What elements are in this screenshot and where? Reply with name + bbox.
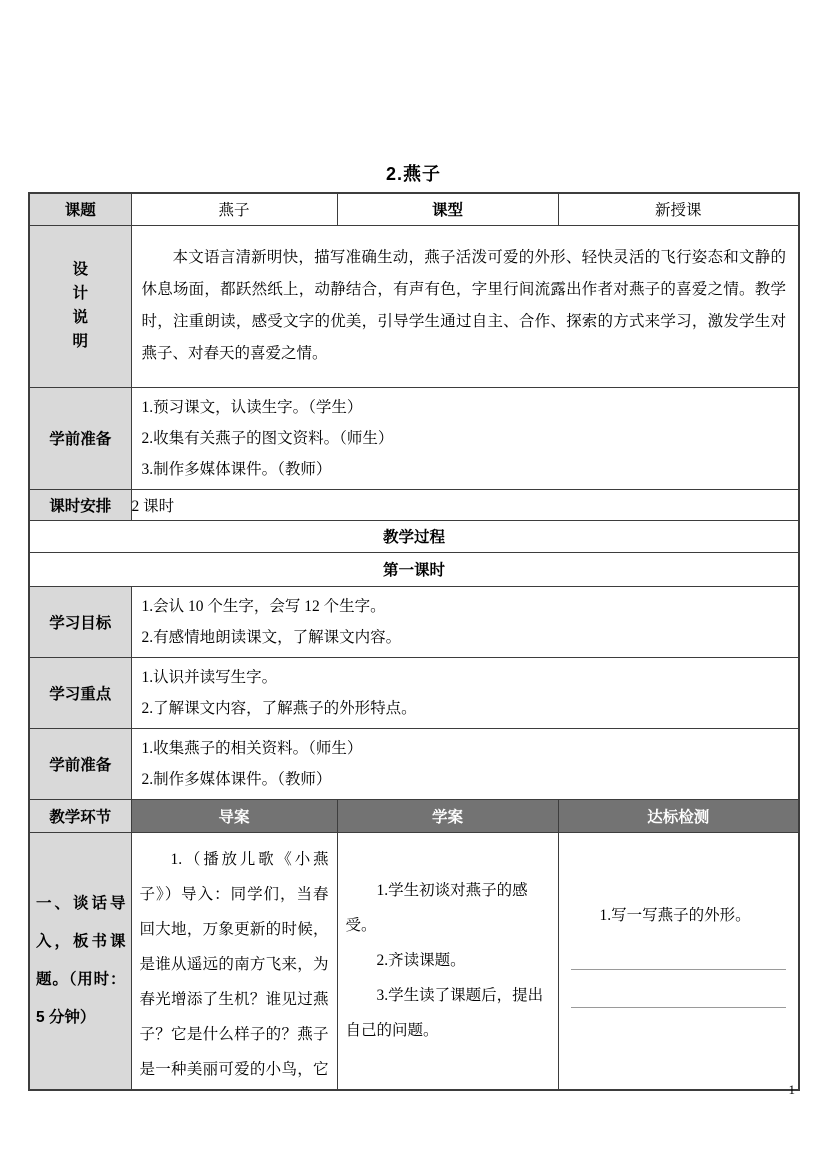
section-lesson: 第一课时 [29, 552, 799, 586]
prep2-label: 学前准备 [29, 728, 131, 799]
answer-blank-line [571, 983, 787, 1008]
list-item: 2.齐读课题。 [346, 943, 550, 978]
schedule-label: 课时安排 [29, 489, 131, 520]
table-row-prep2: 学前准备 1.收集燕子的相关资料。（师生） 2.制作多媒体课件。（教师） [29, 728, 799, 799]
table-row-goals: 学习目标 1.会认 10 个生字，会写 12 个生字。 2.有感情地朗读课文，了… [29, 586, 799, 657]
design-text-cell: 本文语言清新明快，描写准确生动，燕子活泼可爱的外形、轻快灵活的飞行姿态和文静的休… [131, 225, 799, 387]
stage1-name-cell: 一、谈话导入，板书课题。（用时：5 分钟） [29, 832, 131, 1090]
list-item: 1.会认 10 个生字，会写 12 个生字。 [142, 591, 789, 622]
lesson-plan-table: 课题 燕子 课型 新授课 设计说明 本文语言清新明快，描写准确生动，燕子活泼可爱… [28, 192, 800, 1091]
column-header-daoan: 导案 [131, 799, 337, 832]
answer-blank-line [571, 945, 787, 970]
table-row-prep1: 学前准备 1.预习课文，认读生字。（学生） 2.收集有关燕子的图文资料。（师生）… [29, 387, 799, 489]
column-header-xuean: 学案 [337, 799, 558, 832]
stage1-dabiao-text: 1.写一写燕子的外形。 [569, 901, 789, 931]
topic-label: 课题 [29, 193, 131, 225]
design-text: 本文语言清新明快，描写准确生动，燕子活泼可爱的外形、轻快灵活的飞行姿态和文静的休… [132, 232, 799, 380]
focus-label: 学习重点 [29, 657, 131, 728]
design-label: 设计说明 [29, 225, 131, 387]
stage-header-label: 教学环节 [29, 799, 131, 832]
table-row-topic: 课题 燕子 课型 新授课 [29, 193, 799, 225]
prep1-items-cell: 1.预习课文，认读生字。（学生） 2.收集有关燕子的图文资料。（师生） 3.制作… [131, 387, 799, 489]
type-value: 新授课 [558, 193, 799, 225]
page-number: 1 [789, 1082, 796, 1098]
table-row-lesson1: 第一课时 [29, 552, 799, 586]
stage1-dabiao-cell: 1.写一写燕子的外形。 [558, 832, 799, 1090]
schedule-value: 2 课时 [131, 489, 799, 520]
list-item: 3.制作多媒体课件。（教师） [142, 454, 789, 485]
list-item: 3.学生读了课题后，提出自己的问题。 [346, 978, 550, 1048]
prep1-label: 学前准备 [29, 387, 131, 489]
table-row-schedule: 课时安排 2 课时 [29, 489, 799, 520]
goals-items-cell: 1.会认 10 个生字，会写 12 个生字。 2.有感情地朗读课文，了解课文内容… [131, 586, 799, 657]
goals-label: 学习目标 [29, 586, 131, 657]
page-title: 2.燕子 [0, 0, 827, 186]
stage1-daoan-text: 1.（播放儿歌《小燕子》）导入：同学们，当春回大地，万象更新的时候，是谁从遥远的… [132, 835, 337, 1087]
list-item: 1.预习课文，认读生字。（学生） [142, 392, 789, 423]
table-row-stage-header: 教学环节 导案 学案 达标检测 [29, 799, 799, 832]
stage1-name: 一、谈话导入，板书课题。（用时：5 分钟） [30, 885, 131, 1037]
list-item: 1.认识并读写生字。 [142, 662, 789, 693]
section-process: 教学过程 [29, 520, 799, 552]
prep2-items-cell: 1.收集燕子的相关资料。（师生） 2.制作多媒体课件。（教师） [131, 728, 799, 799]
list-item: 2.了解课文内容，了解燕子的外形特点。 [142, 693, 789, 724]
stage1-daoan-cell: 1.（播放儿歌《小燕子》）导入：同学们，当春回大地，万象更新的时候，是谁从遥远的… [131, 832, 337, 1090]
column-header-dabiao: 达标检测 [558, 799, 799, 832]
list-item: 2.收集有关燕子的图文资料。（师生） [142, 423, 789, 454]
table-row-process: 教学过程 [29, 520, 799, 552]
list-item: 2.制作多媒体课件。（教师） [142, 764, 789, 795]
stage1-xuean-cell: 1.学生初谈对燕子的感受。 2.齐读课题。 3.学生读了课题后，提出自己的问题。 [337, 832, 558, 1090]
list-item: 1.收集燕子的相关资料。（师生） [142, 733, 789, 764]
list-item: 2.有感情地朗读课文，了解课文内容。 [142, 622, 789, 653]
type-label: 课型 [337, 193, 558, 225]
table-row-stage1: 一、谈话导入，板书课题。（用时：5 分钟） 1.（播放儿歌《小燕子》）导入：同学… [29, 832, 799, 1090]
topic-value: 燕子 [131, 193, 337, 225]
list-item: 1.学生初谈对燕子的感受。 [346, 873, 550, 943]
table-row-focus: 学习重点 1.认识并读写生字。 2.了解课文内容，了解燕子的外形特点。 [29, 657, 799, 728]
document-page: 2.燕子 课题 燕子 课型 新授课 设计说明 本文语言清新明快，描写准确生动，燕… [0, 0, 827, 1169]
focus-items-cell: 1.认识并读写生字。 2.了解课文内容，了解燕子的外形特点。 [131, 657, 799, 728]
table-row-design: 设计说明 本文语言清新明快，描写准确生动，燕子活泼可爱的外形、轻快灵活的飞行姿态… [29, 225, 799, 387]
